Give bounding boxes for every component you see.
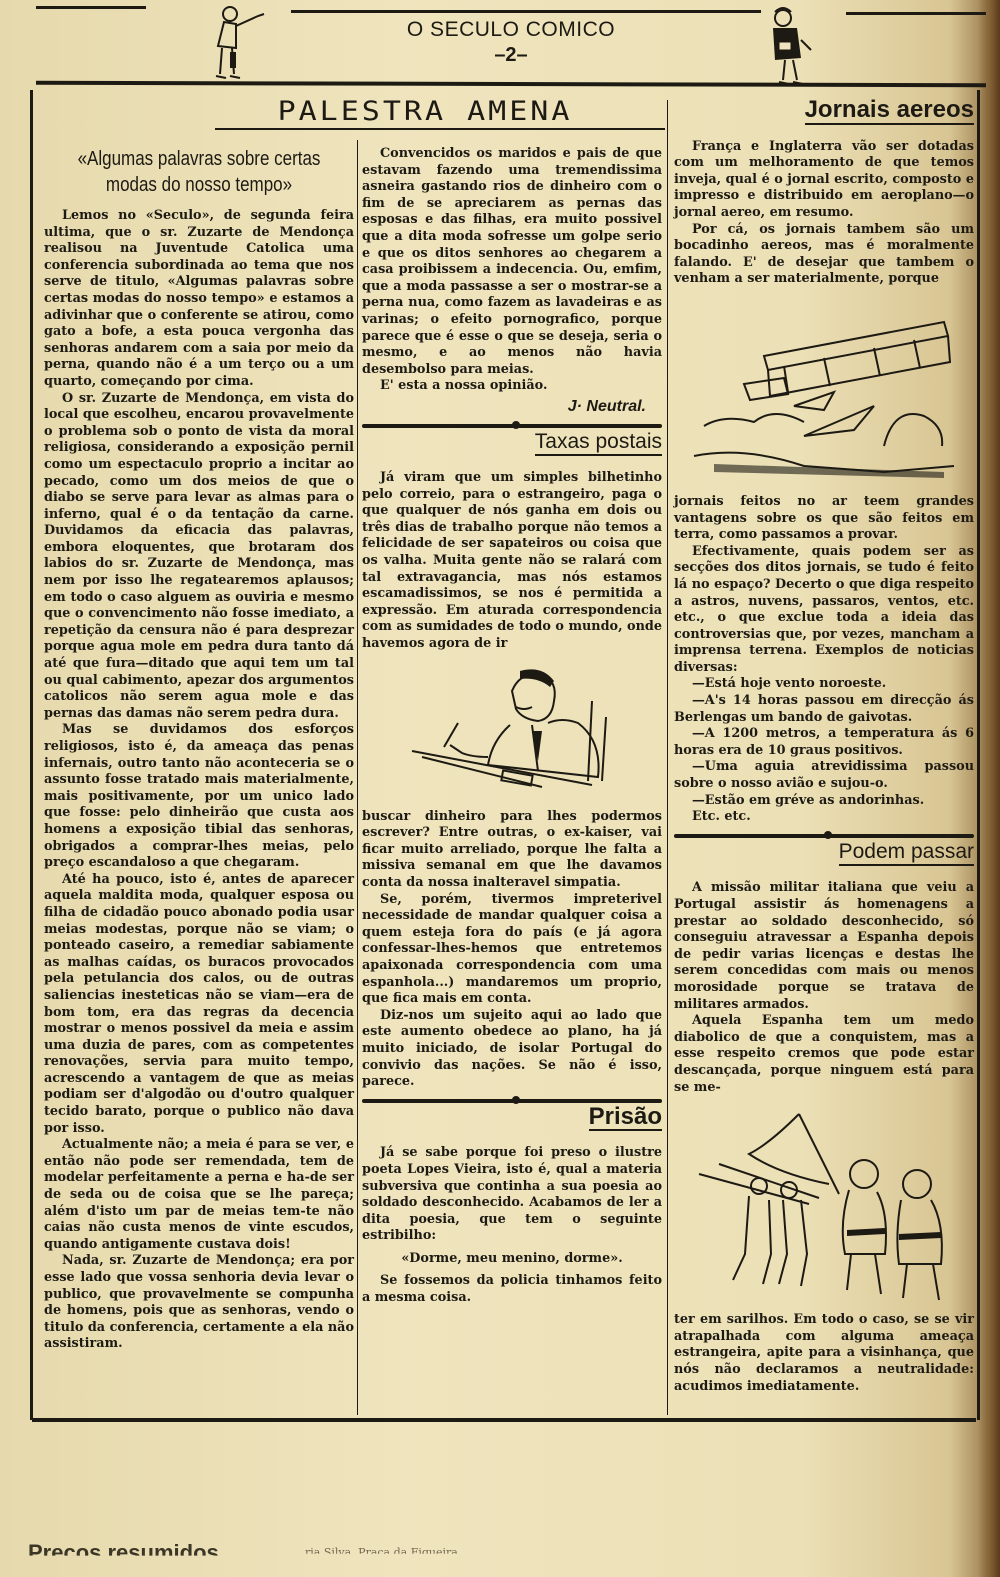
news-item: —A 1200 metros, a temperatura ás 6 horas… xyxy=(674,726,974,759)
article-paragraph: Se, porém, tivermos impreterivel necessi… xyxy=(362,892,662,1008)
column-1: «Algumas palavras sobre certas modas do … xyxy=(44,140,354,1353)
article-paragraph: Mas se duvidamos dos esforços religiosos… xyxy=(44,722,354,871)
article-paragraph: Lemos no «Seculo», de segunda feira ulti… xyxy=(44,208,354,391)
article-paragraph: França e Inglaterra vão ser dotadas com … xyxy=(674,139,974,222)
article-paragraph: A missão militar italiana que veiu a Por… xyxy=(674,880,974,1013)
article-paragraph: Diz-nos um sujeito aqui ao lado que este… xyxy=(362,1008,662,1091)
writer-illustration-icon xyxy=(392,661,632,801)
news-item: —A's 14 horas passou em direcção ás Berl… xyxy=(674,693,974,726)
article-paragraph: Se fossemos da policia tinhamos feito a … xyxy=(362,1273,662,1306)
footer-advert-subtext: ria Silva, Praça da Figueira xyxy=(305,1546,458,1559)
section-title: PALESTRA AMENA xyxy=(180,96,670,128)
article-paragraph: Convencidos os maridos e pais de que est… xyxy=(362,146,662,378)
top-rule xyxy=(36,6,146,9)
article-title-podem: Podem passar xyxy=(839,844,974,867)
article-title-taxas: Taxas postais xyxy=(535,434,662,457)
article-title-prisao: Prisão xyxy=(589,1109,662,1132)
article-signature: J· Neutral. xyxy=(362,399,662,416)
article-paragraph: Por cá, os jornais tambem são um bocadin… xyxy=(674,222,974,288)
page-edge-shadow xyxy=(978,0,1000,1577)
news-item: —Uma aguia atrevidissima passou sobre o … xyxy=(674,759,974,792)
article-paragraph: Até ha pouco, isto é, antes de aparecer … xyxy=(44,872,354,1138)
article-paragraph: jornais feitos no ar teem grandes vantag… xyxy=(674,494,974,544)
column-3: Jornais aereos França e Inglaterra vão s… xyxy=(674,98,974,1395)
ornamental-divider xyxy=(362,1099,662,1103)
article-paragraph: buscar dinheiro para lhes podermos escre… xyxy=(362,809,662,892)
ornamental-divider xyxy=(674,834,974,838)
masthead-divider xyxy=(36,81,986,87)
article-paragraph: Efectivamente, quais podem ser as secçõe… xyxy=(674,544,974,677)
cartoon-man-right-icon xyxy=(761,4,821,89)
footer-advert-text: Preços resumidos xyxy=(28,1540,219,1566)
article-paragraph: Aquela Espanha tem um medo diabolico de … xyxy=(674,1013,974,1096)
poem-refrain: «Dorme, meu menino, dorme». xyxy=(362,1251,662,1268)
article-paragraph: Nada, sr. Zuzarte de Mendonça; era por e… xyxy=(44,1253,354,1353)
article-paragraph: O sr. Zuzarte de Mendonça, em vista do l… xyxy=(44,391,354,723)
article-paragraph: Já se sabe porque foi preso o ilustre po… xyxy=(362,1145,662,1245)
top-rule xyxy=(291,10,761,13)
article-title-modas: «Algumas palavras sobre certas modas do … xyxy=(67,146,331,198)
news-item: —Estão em gréve as andorinhas. xyxy=(674,793,974,810)
article-title-jornais: Jornais aereos xyxy=(805,102,974,125)
soldiers-illustration-icon xyxy=(689,1104,959,1304)
cartoon-man-left-icon xyxy=(196,4,271,82)
masthead: O SECULO COMICO –2– xyxy=(36,0,986,92)
news-item: —Está hoje vento noroeste. xyxy=(674,676,974,693)
article-paragraph: Actualmente não; a meia é para se ver, e… xyxy=(44,1137,354,1253)
page-bottom-rule xyxy=(32,1418,976,1422)
airplane-illustration-icon xyxy=(684,296,964,486)
article-paragraph: E' esta a nossa opinião. xyxy=(362,378,662,395)
newspaper-title: O SECULO COMICO xyxy=(36,18,986,42)
article-paragraph: Já viram que um simples bilhetinho pelo … xyxy=(362,470,662,653)
news-item: Etc. etc. xyxy=(674,809,974,826)
ornamental-divider xyxy=(362,424,662,428)
article-paragraph: ter em sarilhos. Em todo o caso, se se v… xyxy=(674,1312,974,1395)
column-separator xyxy=(357,140,358,1415)
page-number: –2– xyxy=(36,44,986,67)
column-separator xyxy=(667,100,668,1415)
column-2: Convencidos os maridos e pais de que est… xyxy=(362,146,662,1307)
top-rule xyxy=(846,12,986,15)
section-title-underline xyxy=(215,128,665,130)
